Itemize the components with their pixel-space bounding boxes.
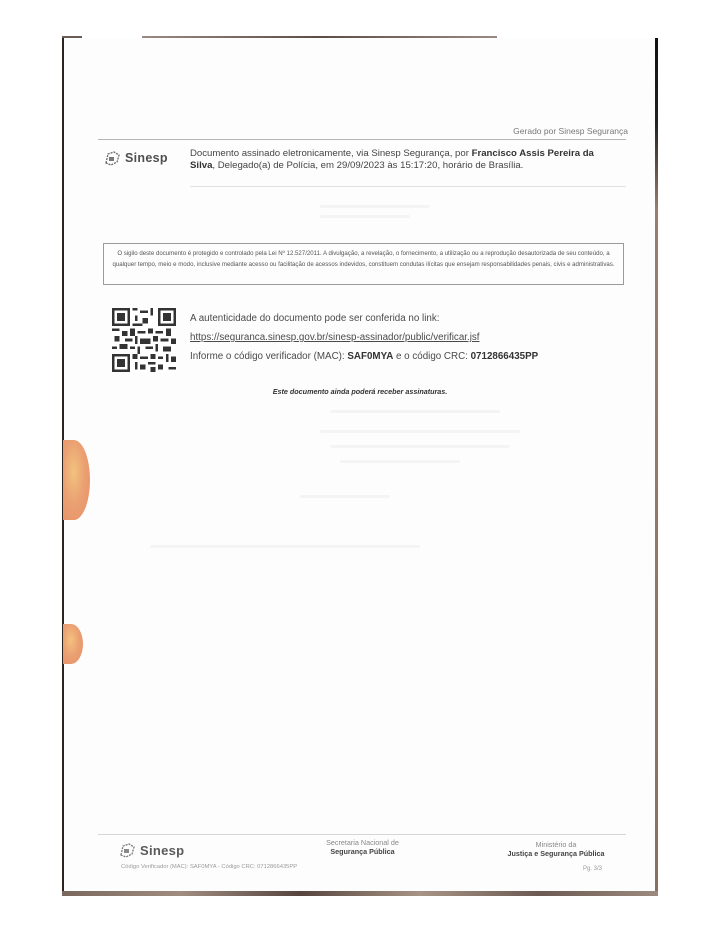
- generated-by-label: Gerado por Sinesp Segurança: [513, 126, 628, 136]
- signature-divider: [190, 186, 626, 187]
- sinesp-emblem-icon: [118, 842, 136, 858]
- show-through: [150, 545, 420, 548]
- sinesp-wordmark: Sinesp: [125, 151, 168, 165]
- sinesp-logo: Sinesp: [103, 150, 168, 166]
- table-surface: [62, 891, 658, 896]
- show-through: [320, 215, 410, 218]
- verification-block: A autenticidade do documento pode ser co…: [190, 309, 538, 366]
- show-through: [320, 430, 520, 433]
- footer-secretaria: Secretaria Nacional de Segurança Pública: [300, 838, 425, 856]
- footer-sinesp-logo: Sinesp: [118, 842, 184, 858]
- paper-edge: [142, 36, 497, 38]
- footer-ministerio: Ministério da Justiça e Segurança Públic…: [500, 840, 612, 858]
- verification-intro: A autenticidade do documento pode ser co…: [190, 309, 538, 328]
- qr-code-icon: [112, 308, 176, 372]
- crc-code: 0712866435PP: [471, 351, 539, 362]
- confidentiality-notice: O sigilo deste documento é protegido e c…: [103, 243, 624, 285]
- signature-statement: Documento assinado eletronicamente, via …: [190, 148, 620, 171]
- verification-link[interactable]: https://seguranca.sinesp.gov.br/sinesp-a…: [190, 332, 480, 343]
- footer-divider: [98, 834, 626, 835]
- page-number: Pg. 3/3: [583, 866, 602, 872]
- show-through: [300, 495, 390, 498]
- paper-edge: [655, 38, 658, 893]
- show-through: [320, 205, 430, 208]
- sinesp-emblem-icon: [103, 150, 121, 166]
- show-through: [330, 445, 510, 448]
- footer-verification-codes: Código Verificador (MAC): SAF0MYA - Códi…: [121, 864, 297, 870]
- verification-codes: Informe o código verificador (MAC): SAF0…: [190, 347, 538, 366]
- show-through: [340, 460, 460, 463]
- show-through: [330, 410, 500, 413]
- sinesp-wordmark: Sinesp: [140, 843, 184, 858]
- mac-code: SAF0MYA: [347, 351, 393, 362]
- pending-signatures-note: Este documento ainda poderá receber assi…: [0, 387, 720, 396]
- header-divider: [98, 139, 626, 140]
